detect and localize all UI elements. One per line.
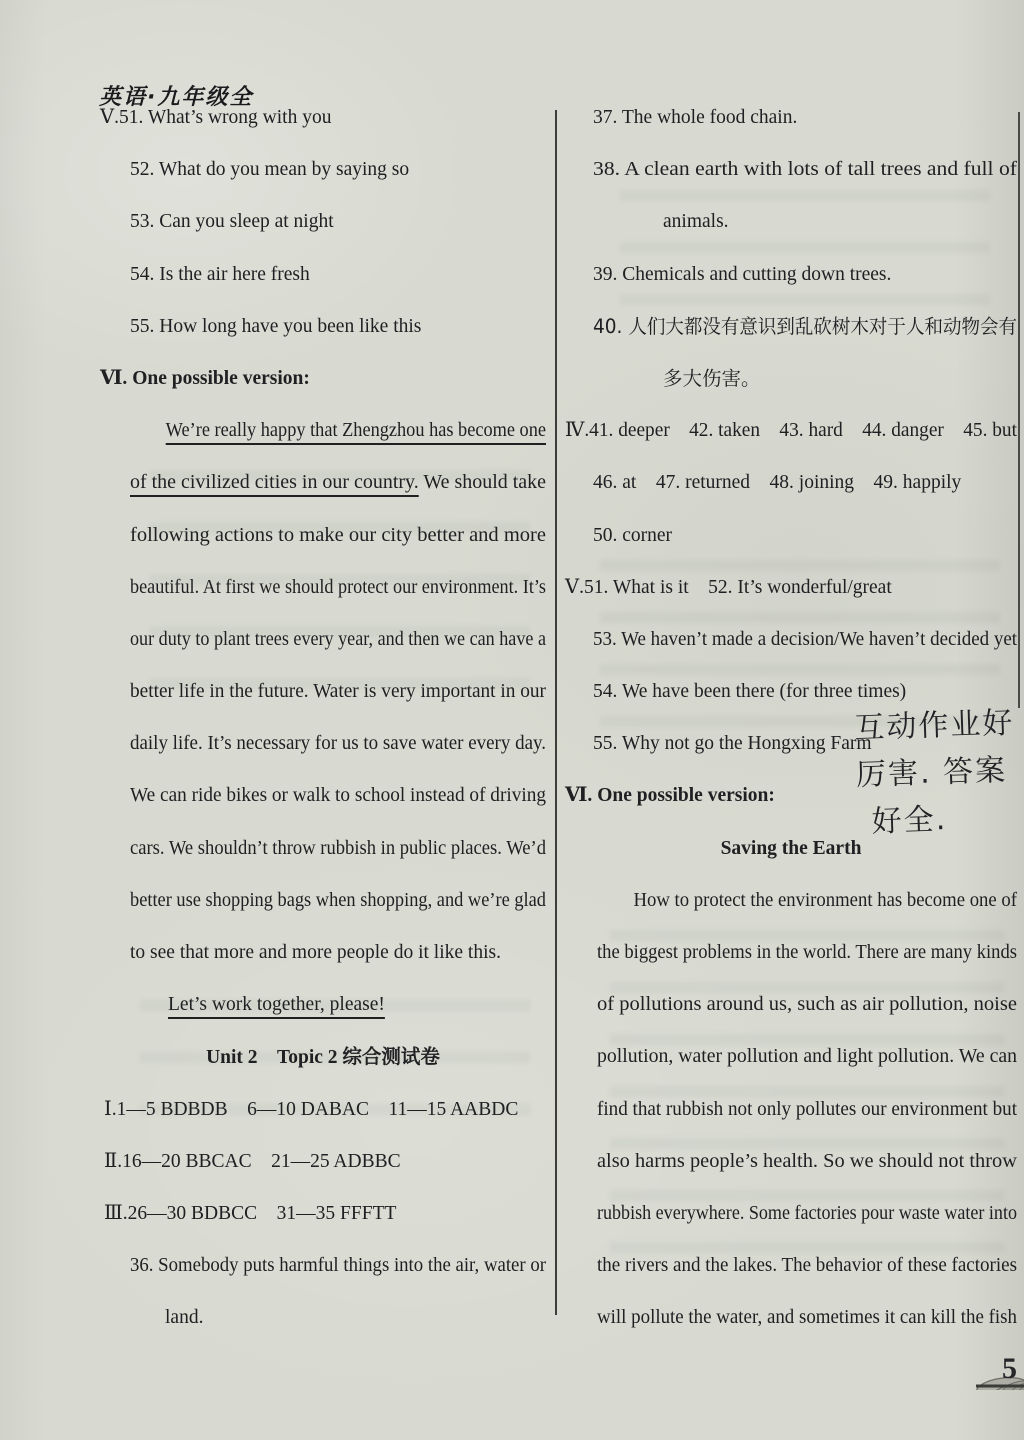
- left-column: Ⅴ.51. What’s wrong with you 52. What do …: [100, 92, 546, 1345]
- essay-line: our duty to plant trees every year, and …: [100, 614, 546, 666]
- answer-line: 39. Chemicals and cutting down trees.: [565, 249, 1017, 301]
- handwriting-note: 互动作业好 厉害. 答案 好全.: [854, 699, 1024, 846]
- essay-line: of pollutions around us, such as air pol…: [565, 979, 1017, 1031]
- essay-line: better use shopping bags when shopping, …: [100, 875, 546, 927]
- answer-line: 53. We haven’t made a decision/We haven’…: [565, 614, 1017, 666]
- page-number-fan: 5: [944, 1318, 1024, 1390]
- essay-line: cars. We shouldn’t throw rubbish in publ…: [100, 823, 546, 875]
- essay-line: daily life. It’s necessary for us to sav…: [100, 718, 546, 770]
- essay-line: the biggest problems in the world. There…: [565, 927, 1017, 979]
- essay-line: We can ride bikes or walk to school inst…: [100, 770, 546, 822]
- answer-line: 37. The whole food chain.: [565, 92, 1017, 144]
- essay-line: beautiful. At first we should protect ou…: [100, 562, 546, 614]
- answer-line: 40. 人们大都没有意识到乱砍树木对于人和动物会有: [565, 301, 1017, 353]
- essay-closing-line: Let’s work together, please!: [100, 979, 546, 1031]
- essay-line: pollution, water pollution and light pol…: [565, 1031, 1017, 1083]
- essay-line: the rivers and the lakes. The behavior o…: [565, 1240, 1017, 1292]
- answer-key-line: 50. corner: [565, 510, 1017, 562]
- answer-key-line: Ⅴ.51. What is it 52. It’s wonderful/grea…: [565, 562, 1017, 614]
- column-divider: [555, 110, 557, 1315]
- unit-title: Unit 2 Topic 2 综合测试卷: [100, 1031, 546, 1083]
- essay-line: following actions to make our city bette…: [100, 510, 546, 562]
- answer-line: 36. Somebody puts harmful things into th…: [100, 1240, 546, 1292]
- answer-line-continuation: animals.: [565, 196, 1017, 248]
- section-heading: Ⅵ. One possible version:: [100, 353, 546, 405]
- answer-line: 52. What do you mean by saying so: [100, 144, 546, 196]
- essay-line: also harms people’s health. So we should…: [565, 1136, 1017, 1188]
- answer-line: 54. Is the air here fresh: [100, 249, 546, 301]
- answer-key-line: Ⅳ.41. deeper 42. taken 43. hard 44. dang…: [565, 405, 1017, 457]
- answer-key-line: Ⅲ.26—30 BDBCC 31—35 FFFTT: [100, 1188, 546, 1240]
- essay-line: rubbish everywhere. Some factories pour …: [565, 1188, 1017, 1240]
- essay-line: better life in the future. Water is very…: [100, 666, 546, 718]
- answer-line-continuation: land.: [100, 1292, 546, 1344]
- page-number: 5: [1002, 1352, 1017, 1385]
- answer-line: 53. Can you sleep at night: [100, 196, 546, 248]
- answer-key-line: Ⅰ.1—5 BDBDB 6—10 DABAC 11—15 AABDC: [100, 1084, 546, 1136]
- essay-line: of the civilized cities in our country. …: [100, 457, 546, 509]
- essay-line: to see that more and more people do it l…: [100, 927, 546, 979]
- essay-line: How to protect the environment has becom…: [565, 875, 1017, 927]
- essay-line: find that rubbish not only pollutes our …: [565, 1084, 1017, 1136]
- essay-line: We’re really happy that Zhengzhou has be…: [100, 405, 546, 457]
- answer-line: Ⅴ.51. What’s wrong with you: [100, 92, 546, 144]
- answer-line: 55. How long have you been like this: [100, 301, 546, 353]
- answer-key-line: 46. at 47. returned 48. joining 49. happ…: [565, 457, 1017, 509]
- answer-line-continuation: 多大伤害。: [565, 353, 1017, 405]
- answer-key-line: Ⅱ.16—20 BBCAC 21—25 ADBBC: [100, 1136, 546, 1188]
- scanned-answer-page: { "header": { "title": "英语·九年级全" }, "lef…: [0, 0, 1024, 1440]
- answer-line: 38. A clean earth with lots of tall tree…: [565, 144, 1017, 196]
